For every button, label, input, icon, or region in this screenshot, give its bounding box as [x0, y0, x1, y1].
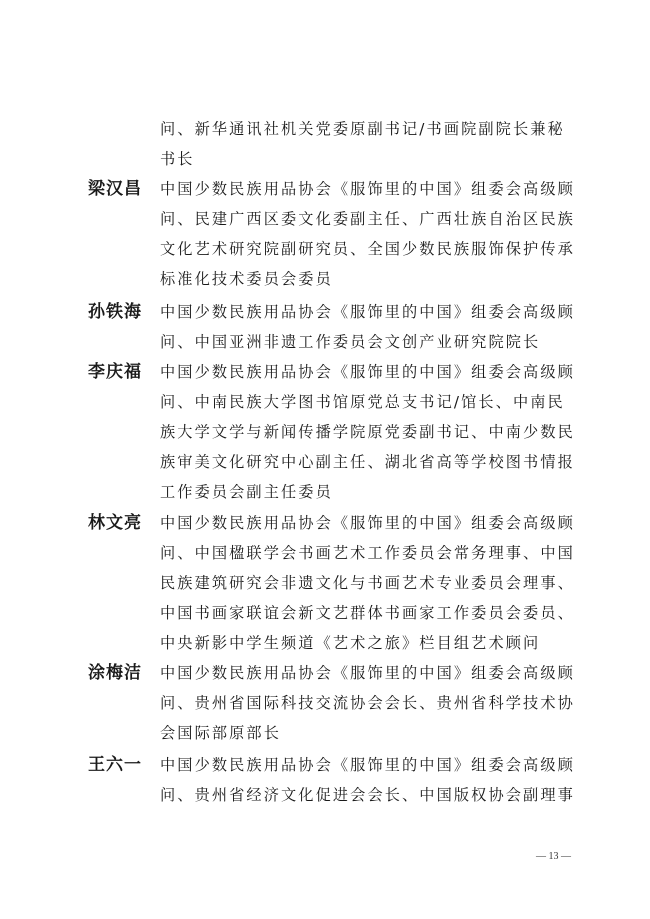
- entry-description: 问、新华通讯社机关党委原副书记/书画院副院长兼秘 书长: [160, 114, 574, 174]
- entry-name: 王六一: [88, 750, 158, 780]
- entry-description: 中国少数民族用品协会《服饰里的中国》组委会高级顾 问、中国亚洲非遗工作委员会文创…: [160, 297, 574, 357]
- page-number: — 13 —: [536, 851, 571, 862]
- entry-name: 梁汉昌: [88, 174, 158, 204]
- entry-description: 中国少数民族用品协会《服饰里的中国》组委会高级顾 问、民建广西区委文化委副主任、…: [160, 174, 574, 294]
- entry-name: 孙铁海: [88, 297, 158, 327]
- entry-name: 李庆福: [88, 357, 158, 387]
- entry-description: 中国少数民族用品协会《服饰里的中国》组委会高级顾 问、中南民族大学图书馆原党总支…: [160, 357, 574, 507]
- document-page: 问、新华通讯社机关党委原副书记/书画院副院长兼秘 书长 梁汉昌 中国少数民族用品…: [0, 0, 650, 919]
- entry-description: 中国少数民族用品协会《服饰里的中国》组委会高级顾 问、贵州省国际科技交流协会会长…: [160, 658, 574, 748]
- entry-name: 林文亮: [88, 508, 158, 538]
- entry-name: 涂梅洁: [88, 658, 158, 688]
- entry-description: 中国少数民族用品协会《服饰里的中国》组委会高级顾 问、贵州省经济文化促进会会长、…: [160, 750, 574, 810]
- entry-description: 中国少数民族用品协会《服饰里的中国》组委会高级顾 问、中国楹联学会书画艺术工作委…: [160, 508, 574, 658]
